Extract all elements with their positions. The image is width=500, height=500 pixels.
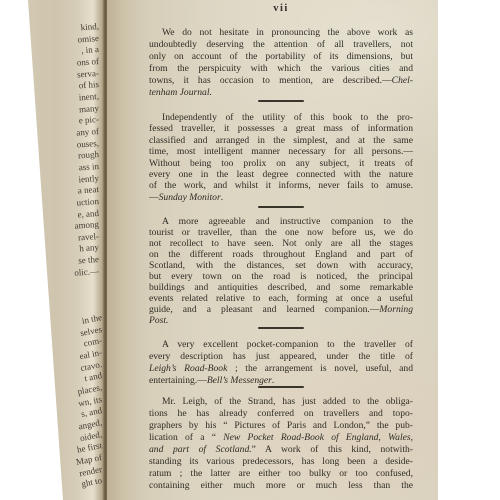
- text-segment: Without being too prolix on any subject,…: [149, 158, 413, 169]
- text-segment: events related relative to each, forming…: [149, 293, 413, 304]
- text-segment: ” A work of this kind, notwith-: [252, 444, 413, 455]
- text-line: lication of a “ New Pocket Road-Book of …: [149, 432, 413, 444]
- text-segment: time, most intelligent manner necessary …: [149, 146, 413, 157]
- text-segment: from the perspicuity with which the vari…: [149, 63, 413, 74]
- text-segment: only on account of the portability of it…: [149, 51, 413, 62]
- text-segment: tions he has already conferred on travel…: [149, 408, 413, 419]
- text-line: guide, and a pleasant and learned compan…: [149, 304, 413, 315]
- book-photo: kind,omise, in aons ofserva-of hisinent,…: [0, 0, 500, 500]
- text-line: on the different roads throughout Englan…: [149, 249, 413, 260]
- text-segment: tourist or traveller, than the one now b…: [149, 227, 413, 238]
- text-segment: graphers by his “ Pictures of Paris and …: [149, 420, 413, 431]
- text-segment: standing its various predecessors, has l…: [149, 456, 413, 467]
- text-segment: fessed traveller, it possesses a great m…: [149, 123, 413, 134]
- text-segment: ratum ; the latter are either too bulky …: [149, 468, 413, 479]
- paragraph-3: A more agreeable and instructive compani…: [149, 216, 413, 326]
- text-line: Independently of the utility of this boo…: [149, 112, 413, 123]
- text-segment: every one in the least degree connected …: [149, 169, 413, 180]
- text-segment: of the work, and whilst it informs, neve…: [149, 180, 413, 191]
- left-page-line-fragment: olic.—: [19, 266, 100, 283]
- text-line: Mr. Leigh, of the Strand, has just added…: [149, 396, 413, 408]
- text-line: graphers by his “ Pictures of Paris and …: [149, 420, 413, 432]
- paragraph-4: A very excellent pocket-companion to the…: [149, 339, 413, 387]
- text-line: Post.: [149, 315, 413, 326]
- italic-text-segment: Post.: [149, 315, 168, 326]
- book-page: vii We do not hesitate in pronouncing th…: [107, 0, 438, 500]
- text-segment: undoubtedly deserving the attention of a…: [149, 39, 413, 50]
- italic-text-segment: Chel-: [392, 75, 413, 86]
- text-segment: .: [221, 192, 223, 203]
- text-segment: —: [149, 192, 159, 203]
- text-segment: guide, and a pleasant and learned compan…: [149, 304, 379, 315]
- text-line: tions he has already conferred on travel…: [149, 408, 413, 420]
- italic-text-segment: and part of Scotland.: [149, 444, 252, 455]
- italic-text-segment: tenham Journal.: [149, 87, 212, 98]
- italic-text-segment: Morning: [379, 304, 413, 315]
- text-segment: not recollect to have seen. Not only are…: [149, 238, 413, 249]
- text-segment: towns, it has occasion to mention, are d…: [149, 75, 392, 86]
- text-segment: every description has just appeared, und…: [149, 351, 413, 362]
- section-separator-rule: [258, 100, 304, 102]
- text-line: fessed traveller, it possesses a great m…: [149, 123, 413, 134]
- text-line: Without being too prolix on any subject,…: [149, 158, 413, 169]
- text-line: undoubtedly deserving the attention of a…: [149, 39, 413, 51]
- text-line: events related relative to each, forming…: [149, 293, 413, 304]
- page-body: We do not hesitate in pronouncing the ab…: [149, 13, 413, 500]
- paragraph-2: Independently of the utility of this boo…: [149, 112, 413, 203]
- text-segment: containing either much more or much less…: [149, 480, 413, 491]
- left-page-edge: kind,omise, in aons ofserva-of hisinent,…: [0, 0, 107, 500]
- section-separator-rule: [258, 327, 304, 329]
- paragraph-5: Mr. Leigh, of the Strand, has just added…: [149, 396, 413, 492]
- text-segment: lication of a “: [149, 432, 223, 443]
- text-line: but every town on the road is noticed, t…: [149, 271, 413, 282]
- left-page-text-fragments-lower: in theselvescom-eal in-ctavo.t andplaces…: [22, 312, 102, 487]
- text-line: of the work, and whilst it informs, neve…: [149, 180, 413, 191]
- text-line: tourist or traveller, than the one now b…: [149, 227, 413, 238]
- text-line: containing either much more or much less…: [149, 480, 413, 492]
- text-line: tenham Journal.: [149, 87, 413, 99]
- text-segment: classified and arranged in the simplest,…: [149, 135, 413, 146]
- text-line: We do not hesitate in pronouncing the ab…: [149, 27, 413, 39]
- text-line: classified and arranged in the simplest,…: [149, 135, 413, 146]
- text-line: and part of Scotland.” A work of this ki…: [149, 444, 413, 456]
- text-line: buildings and antiquities described, and…: [149, 282, 413, 293]
- text-line: —Sunday Monitor.: [149, 192, 413, 203]
- text-segment: A very excellent pocket-companion to the…: [162, 339, 413, 350]
- italic-text-segment: New Pocket Road-Book of England, Wales,: [223, 432, 413, 443]
- text-line: Leigh’s Road-Book ; the arrangement is n…: [149, 363, 413, 375]
- text-line: only on account of the portability of it…: [149, 51, 413, 63]
- section-separator-rule: [258, 386, 304, 388]
- italic-text-segment: Leigh’s Road-Book: [149, 363, 227, 374]
- text-segment: buildings and antiquities described, and…: [149, 282, 413, 293]
- text-line: A very excellent pocket-companion to the…: [149, 339, 413, 351]
- text-line: from the perspicuity with which the vari…: [149, 63, 413, 75]
- italic-text-segment: Bell’s Messenger: [207, 375, 272, 386]
- left-page-text-fragments-upper: kind,omise, in aons ofserva-of hisinent,…: [19, 21, 99, 277]
- text-line: standing its various predecessors, has l…: [149, 456, 413, 468]
- text-segment: Mr. Leigh, of the Strand, has just added…: [162, 396, 413, 407]
- text-line: ratum ; the latter are either too bulky …: [149, 468, 413, 480]
- section-separator-rule: [258, 206, 304, 208]
- text-segment: but every town on the road is noticed, t…: [149, 271, 413, 282]
- text-segment: A more agreeable and instructive compani…: [162, 216, 413, 227]
- text-segment: We do not hesitate in pronouncing the ab…: [162, 27, 413, 38]
- italic-text-segment: Sunday Monitor: [159, 192, 221, 203]
- text-line: time, most intelligent manner necessary …: [149, 146, 413, 157]
- text-segment: .: [272, 375, 274, 386]
- text-segment: on the different roads throughout Englan…: [149, 249, 413, 260]
- text-line: towns, it has occasion to mention, are d…: [149, 75, 413, 87]
- text-line: every one in the least degree connected …: [149, 169, 413, 180]
- text-line: Scotland, with the distances, set down w…: [149, 260, 413, 271]
- text-line: every description has just appeared, und…: [149, 351, 413, 363]
- text-segment: Scotland, with the distances, set down w…: [149, 260, 413, 271]
- text-segment: ; the arrangement is novel, useful, and: [227, 363, 413, 374]
- text-segment: entertaining.—: [149, 375, 207, 386]
- text-line: not recollect to have seen. Not only are…: [149, 238, 413, 249]
- text-line: A more agreeable and instructive compani…: [149, 216, 413, 227]
- paragraph-1: We do not hesitate in pronouncing the ab…: [149, 27, 413, 100]
- text-segment: Independently of the utility of this boo…: [162, 112, 413, 123]
